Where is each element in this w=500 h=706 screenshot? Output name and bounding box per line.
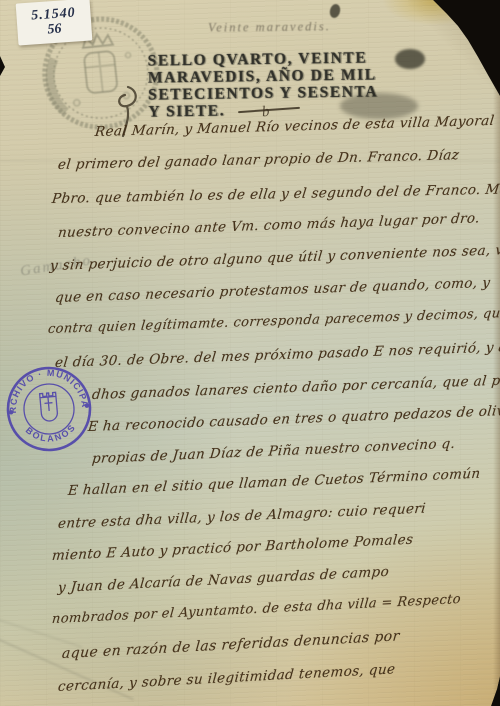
- catalog-code: 5.1540: [31, 5, 76, 23]
- manuscript-line: nombrados por el Ayuntamto. de esta dha …: [51, 592, 461, 627]
- manuscript-line: el primero del ganado lanar propio de Dn…: [57, 147, 460, 173]
- manuscript-line: que en caso necesario protestamos usar d…: [54, 275, 491, 306]
- manuscript-line: el día 30. de Obre. del mes próximo pasa…: [54, 339, 500, 371]
- ink-blot: [328, 3, 341, 19]
- manuscript-line: nuestro convecino ante Vm. como más haya…: [57, 210, 481, 241]
- manuscript-line: E hallan en el sitio que llaman de Cueto…: [67, 466, 481, 499]
- manuscript-line: entre esta dha villa, y los de Almagro: …: [57, 501, 426, 533]
- manuscript-line: cercanía, y sobre su ilegitimidad tenemo…: [57, 661, 396, 695]
- manuscript-line: E ha reconocido causado en tres o quatro…: [87, 402, 500, 435]
- manuscript-line: propias de Juan Díaz de Piña nuestro con…: [91, 436, 456, 467]
- manuscript-line: contra quien legítimamte. corresponda pa…: [47, 305, 500, 337]
- manuscript-line: miento E Auto y practicó por Bartholome …: [51, 532, 414, 564]
- municipal-archive-stamp: ARCHIVO · MUNICIPAL BOLAÑOS: [0, 359, 99, 459]
- manuscript-line: y sin perjuicio de otro alguno que útil …: [49, 242, 500, 274]
- torn-corner-shadow: [408, 0, 500, 128]
- scanned-document-stage: 5.1540 56 Veinte maravedis. SELLO QVARTO…: [0, 0, 500, 706]
- catalog-number: 56: [47, 22, 62, 38]
- sello-line: SETECIENTOS Y SESENTA: [148, 83, 378, 103]
- printed-denomination: Veinte maravedis.: [208, 19, 331, 35]
- manuscript-line: aque en razón de las referidas denuncias…: [61, 628, 400, 662]
- manuscript-line: Pbro. que también lo es de ella y el seg…: [51, 181, 500, 207]
- manuscript-line: y Juan de Alcaría de Navas guardas de ca…: [57, 564, 390, 596]
- catalog-sticker: 5.1540 56: [16, 0, 93, 46]
- manuscript-line: dhos ganados lanares ciento daño por cer…: [91, 371, 500, 403]
- manuscript-paper-sheet: 5.1540 56 Veinte maravedis. SELLO QVARTO…: [0, 0, 500, 706]
- stamp-shield-icon: [40, 392, 58, 421]
